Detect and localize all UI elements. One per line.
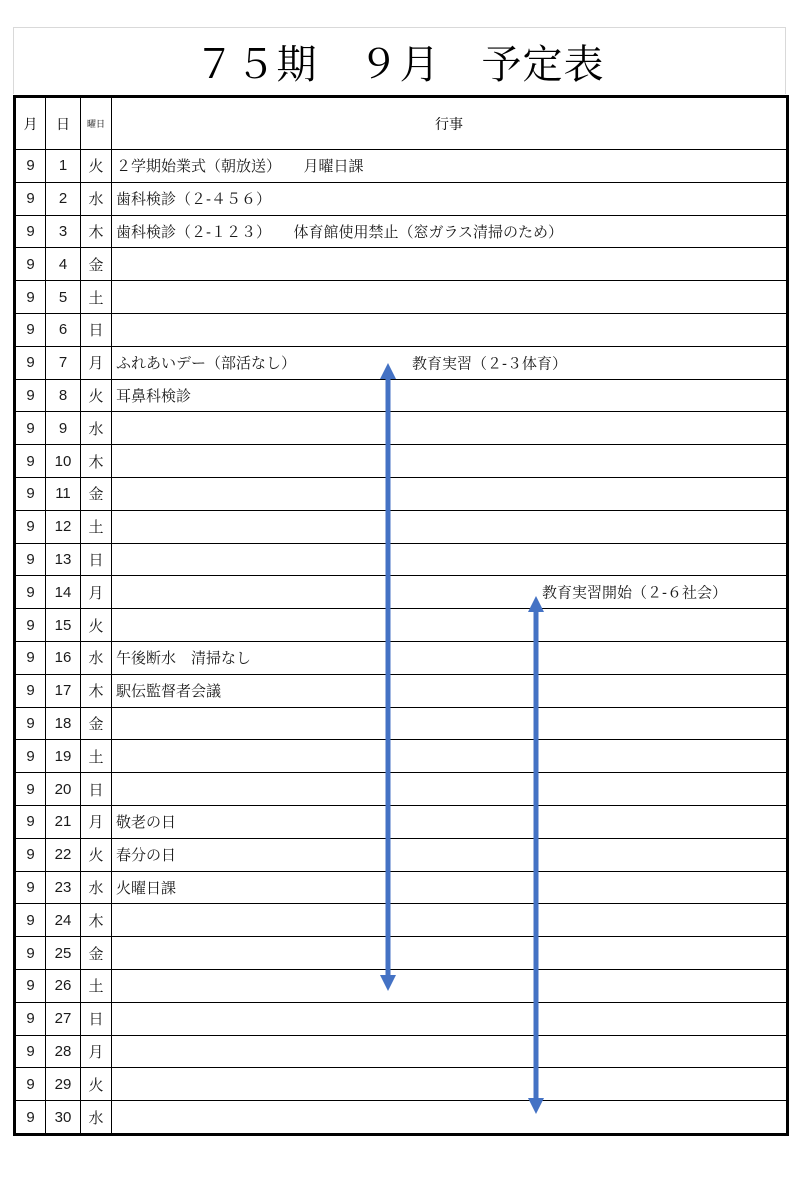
event-text <box>112 912 116 929</box>
day-cell: 9 <box>46 412 81 445</box>
day-cell: 17 <box>46 674 81 707</box>
table-row: 920日 <box>15 773 788 806</box>
event-cell <box>112 969 788 1002</box>
event-text <box>112 617 116 634</box>
event-text <box>112 551 116 568</box>
weekday-cell: 月 <box>81 805 112 838</box>
weekday-cell: 月 <box>81 1035 112 1068</box>
event-cell: ２学期始業式（朝放送） 月曜日課 <box>112 150 788 183</box>
event-cell <box>112 281 788 314</box>
event-cell: ふれあいデー（部活なし）教育実習（２-３体育） <box>112 346 788 379</box>
table-row: 913日 <box>15 543 788 576</box>
month-cell: 9 <box>15 609 46 642</box>
month-cell: 9 <box>15 346 46 379</box>
table-row: 91火２学期始業式（朝放送） 月曜日課 <box>15 150 788 183</box>
weekday-cell: 金 <box>81 707 112 740</box>
day-cell: 27 <box>46 1002 81 1035</box>
table-row: 921月敬老の日 <box>15 805 788 838</box>
table-row: 914月教育実習開始（２-６社会） <box>15 576 788 609</box>
event-text <box>112 420 116 437</box>
event-text: ２学期始業式（朝放送） 月曜日課 <box>112 158 364 175</box>
event-cell <box>112 609 788 642</box>
weekday-cell: 水 <box>81 871 112 904</box>
event-secondary-text: 教育実習開始（２-６社会） <box>542 582 727 603</box>
day-cell: 23 <box>46 871 81 904</box>
event-text: 耳鼻科検診 <box>112 388 191 405</box>
event-cell <box>112 1002 788 1035</box>
weekday-cell: 木 <box>81 215 112 248</box>
weekday-cell: 月 <box>81 346 112 379</box>
table-row: 911金 <box>15 477 788 510</box>
event-text <box>112 715 116 732</box>
event-cell <box>112 1101 788 1135</box>
event-text: 歯科検診（２-４５６） <box>112 191 271 208</box>
event-cell: 午後断水 清掃なし <box>112 641 788 674</box>
weekday-cell: 水 <box>81 1101 112 1135</box>
event-cell <box>112 510 788 543</box>
weekday-cell: 木 <box>81 904 112 937</box>
table-row: 930水 <box>15 1101 788 1135</box>
schedule-page: ７５期 ９月 予定表 月 日 曜日 行事 91火２学期始業式（朝放送） 月曜日課… <box>0 0 808 1179</box>
month-cell: 9 <box>15 248 46 281</box>
event-text <box>112 1076 116 1093</box>
month-cell: 9 <box>15 707 46 740</box>
table-row: 926土 <box>15 969 788 1002</box>
event-cell <box>112 313 788 346</box>
table-row: 918金 <box>15 707 788 740</box>
event-cell: 火曜日課 <box>112 871 788 904</box>
weekday-cell: 土 <box>81 740 112 773</box>
day-cell: 10 <box>46 445 81 478</box>
header-row: 月 日 曜日 行事 <box>15 97 788 150</box>
day-cell: 16 <box>46 641 81 674</box>
month-cell: 9 <box>15 1035 46 1068</box>
header-event: 行事 <box>112 97 788 150</box>
day-cell: 29 <box>46 1068 81 1101</box>
table-row: 99水 <box>15 412 788 445</box>
day-cell: 25 <box>46 937 81 970</box>
event-text <box>112 289 116 306</box>
weekday-cell: 木 <box>81 674 112 707</box>
table-row: 93木歯科検診（２-１２３） 体育館使用禁止（窓ガラス清掃のため） <box>15 215 788 248</box>
month-cell: 9 <box>15 313 46 346</box>
month-cell: 9 <box>15 773 46 806</box>
weekday-cell: 火 <box>81 838 112 871</box>
weekday-cell: 水 <box>81 412 112 445</box>
event-text <box>112 977 116 994</box>
month-cell: 9 <box>15 904 46 937</box>
event-text: 火曜日課 <box>112 880 176 897</box>
month-cell: 9 <box>15 379 46 412</box>
event-text <box>112 1043 116 1060</box>
event-text: 駅伝監督者会議 <box>112 683 221 700</box>
month-cell: 9 <box>15 510 46 543</box>
table-row: 94金 <box>15 248 788 281</box>
day-cell: 8 <box>46 379 81 412</box>
page-title-text: ７５期 ９月 予定表 <box>195 33 605 90</box>
event-cell <box>112 543 788 576</box>
month-cell: 9 <box>15 1068 46 1101</box>
weekday-cell: 火 <box>81 1068 112 1101</box>
table-row: 92水歯科検診（２-４５６） <box>15 182 788 215</box>
event-text <box>112 781 116 798</box>
table-row: 97月ふれあいデー（部活なし）教育実習（２-３体育） <box>15 346 788 379</box>
table-row: 916水午後断水 清掃なし <box>15 641 788 674</box>
day-cell: 26 <box>46 969 81 1002</box>
day-cell: 12 <box>46 510 81 543</box>
day-cell: 13 <box>46 543 81 576</box>
day-cell: 28 <box>46 1035 81 1068</box>
day-cell: 7 <box>46 346 81 379</box>
event-cell <box>112 1035 788 1068</box>
event-cell: 教育実習開始（２-６社会） <box>112 576 788 609</box>
weekday-cell: 日 <box>81 1002 112 1035</box>
day-cell: 24 <box>46 904 81 937</box>
table-row: 912土 <box>15 510 788 543</box>
day-cell: 2 <box>46 182 81 215</box>
month-cell: 9 <box>15 805 46 838</box>
table-row: 95土 <box>15 281 788 314</box>
event-text <box>112 256 116 273</box>
month-cell: 9 <box>15 871 46 904</box>
event-text <box>112 518 116 535</box>
event-text <box>112 321 116 338</box>
event-cell <box>112 773 788 806</box>
event-cell: 駅伝監督者会議 <box>112 674 788 707</box>
day-cell: 18 <box>46 707 81 740</box>
month-cell: 9 <box>15 937 46 970</box>
event-text <box>112 748 116 765</box>
month-cell: 9 <box>15 445 46 478</box>
header-day: 日 <box>46 97 81 150</box>
event-cell: 耳鼻科検診 <box>112 379 788 412</box>
event-text: 歯科検診（２-１２３） 体育館使用禁止（窓ガラス清掃のため） <box>112 224 563 241</box>
weekday-cell: 月 <box>81 576 112 609</box>
event-text <box>112 945 116 962</box>
table-row: 929火 <box>15 1068 788 1101</box>
event-cell <box>112 248 788 281</box>
table-row: 919土 <box>15 740 788 773</box>
day-cell: 5 <box>46 281 81 314</box>
table-row: 917木駅伝監督者会議 <box>15 674 788 707</box>
header-weekday: 曜日 <box>81 97 112 150</box>
weekday-cell: 水 <box>81 182 112 215</box>
page-title: ７５期 ９月 予定表 <box>13 27 786 94</box>
weekday-cell: 火 <box>81 379 112 412</box>
month-cell: 9 <box>15 1101 46 1135</box>
table-row: 928月 <box>15 1035 788 1068</box>
month-cell: 9 <box>15 838 46 871</box>
event-cell <box>112 904 788 937</box>
weekday-cell: 金 <box>81 937 112 970</box>
month-cell: 9 <box>15 150 46 183</box>
weekday-cell: 水 <box>81 641 112 674</box>
month-cell: 9 <box>15 281 46 314</box>
table-row: 927日 <box>15 1002 788 1035</box>
table-row: 98火耳鼻科検診 <box>15 379 788 412</box>
event-cell <box>112 707 788 740</box>
weekday-cell: 火 <box>81 609 112 642</box>
event-text: 午後断水 清掃なし <box>112 650 251 667</box>
weekday-cell: 土 <box>81 281 112 314</box>
table-row: 922火春分の日 <box>15 838 788 871</box>
event-text: 春分の日 <box>112 847 176 864</box>
day-cell: 22 <box>46 838 81 871</box>
day-cell: 19 <box>46 740 81 773</box>
event-text <box>112 1010 116 1027</box>
weekday-cell: 木 <box>81 445 112 478</box>
month-cell: 9 <box>15 543 46 576</box>
weekday-cell: 日 <box>81 543 112 576</box>
event-cell: 敬老の日 <box>112 805 788 838</box>
weekday-cell: 土 <box>81 510 112 543</box>
event-cell: 歯科検診（２-４５６） <box>112 182 788 215</box>
table-row: 96日 <box>15 313 788 346</box>
event-cell <box>112 477 788 510</box>
weekday-cell: 日 <box>81 313 112 346</box>
weekday-cell: 土 <box>81 969 112 1002</box>
table-row: 915火 <box>15 609 788 642</box>
table-row: 910木 <box>15 445 788 478</box>
day-cell: 1 <box>46 150 81 183</box>
event-cell <box>112 412 788 445</box>
weekday-cell: 金 <box>81 477 112 510</box>
month-cell: 9 <box>15 576 46 609</box>
event-text <box>112 453 116 470</box>
header-month: 月 <box>15 97 46 150</box>
event-cell: 春分の日 <box>112 838 788 871</box>
table-row: 925金 <box>15 937 788 970</box>
event-cell <box>112 445 788 478</box>
day-cell: 20 <box>46 773 81 806</box>
day-cell: 11 <box>46 477 81 510</box>
month-cell: 9 <box>15 215 46 248</box>
day-cell: 4 <box>46 248 81 281</box>
day-cell: 3 <box>46 215 81 248</box>
schedule-table: 月 日 曜日 行事 91火２学期始業式（朝放送） 月曜日課92水歯科検診（２-４… <box>13 95 789 1136</box>
event-cell <box>112 1068 788 1101</box>
day-cell: 15 <box>46 609 81 642</box>
schedule-rows: 91火２学期始業式（朝放送） 月曜日課92水歯科検診（２-４５６）93木歯科検診… <box>15 150 788 1135</box>
event-cell: 歯科検診（２-１２３） 体育館使用禁止（窓ガラス清掃のため） <box>112 215 788 248</box>
month-cell: 9 <box>15 641 46 674</box>
table-row: 924木 <box>15 904 788 937</box>
event-cell <box>112 740 788 773</box>
event-cell <box>112 937 788 970</box>
event-text: ふれあいデー（部活なし） <box>112 355 296 372</box>
month-cell: 9 <box>15 740 46 773</box>
month-cell: 9 <box>15 412 46 445</box>
weekday-cell: 火 <box>81 150 112 183</box>
weekday-cell: 日 <box>81 773 112 806</box>
day-cell: 21 <box>46 805 81 838</box>
event-text: 敬老の日 <box>112 814 176 831</box>
event-text <box>112 584 116 601</box>
event-secondary-text: 教育実習（２-３体育） <box>412 352 567 373</box>
month-cell: 9 <box>15 182 46 215</box>
month-cell: 9 <box>15 477 46 510</box>
day-cell: 30 <box>46 1101 81 1135</box>
event-text <box>112 1109 116 1126</box>
weekday-cell: 金 <box>81 248 112 281</box>
month-cell: 9 <box>15 969 46 1002</box>
month-cell: 9 <box>15 1002 46 1035</box>
day-cell: 6 <box>46 313 81 346</box>
event-text <box>112 485 116 502</box>
month-cell: 9 <box>15 674 46 707</box>
table-row: 923水火曜日課 <box>15 871 788 904</box>
day-cell: 14 <box>46 576 81 609</box>
